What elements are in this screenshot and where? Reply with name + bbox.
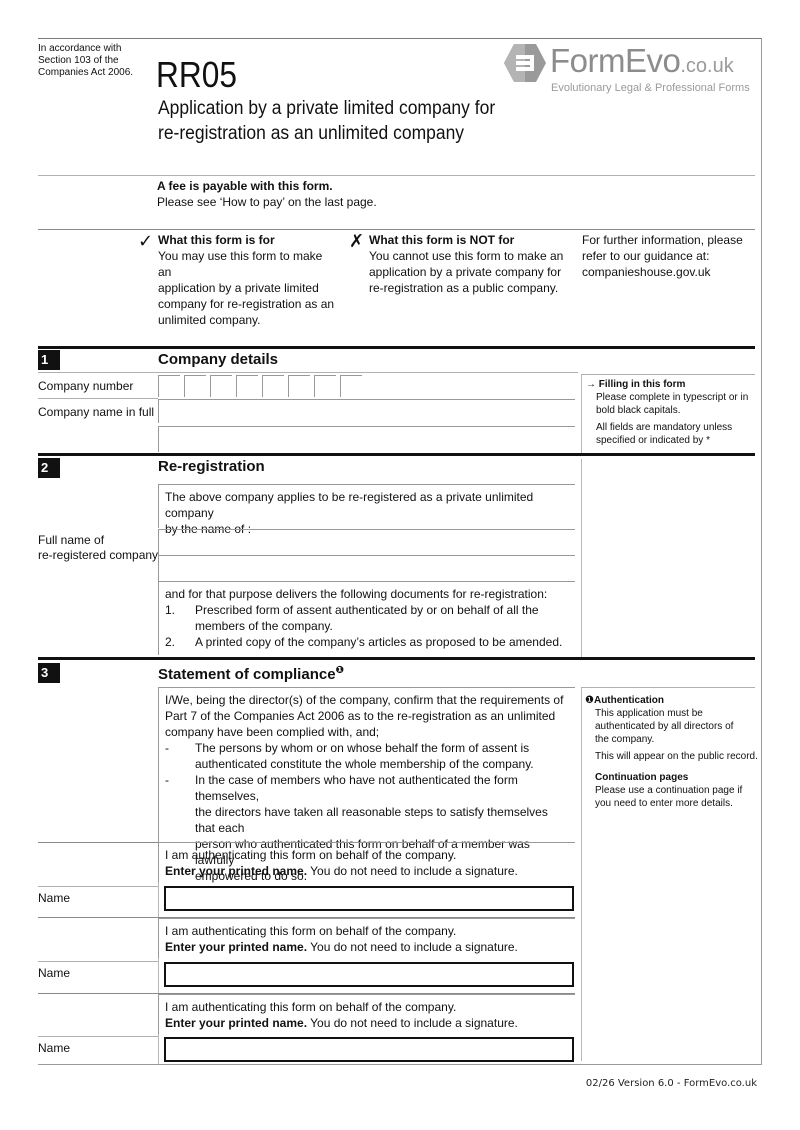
note-line: authenticated by all directors of [585,720,759,733]
divider [158,1034,159,1064]
text-line: application by a private company for [369,264,569,280]
company-number-digit[interactable] [210,375,232,397]
text-line: application by a private limited [158,280,338,296]
bold-text: Enter your printed name. [165,940,307,954]
divider [581,687,755,688]
fee-text: Please see ‘How to pay’ on the last page… [157,194,377,210]
new-name-input-line1[interactable] [158,529,575,555]
section-title: Re-registration [158,457,265,477]
form-not-for-heading: What this form is NOT for [369,232,569,248]
director-name-input[interactable] [164,962,574,987]
new-name-input-line2[interactable] [158,555,575,581]
company-number-digit[interactable] [184,375,206,397]
note-line: This application must be [585,707,759,720]
divider [38,372,578,373]
text-line: Prescribed form of assent authenticated … [195,603,539,617]
bold-text: Enter your printed name. [165,1016,307,1030]
note-line: the company. [585,733,759,746]
full-name-label: Full name of re-registered company [38,533,158,563]
company-number-digit[interactable] [262,375,284,397]
note-line: All fields are mandatory unless [586,421,756,434]
bold-text: Enter your printed name. [165,864,307,878]
section-title-text: Statement of compliance [158,666,336,683]
text-line: unlimited company. [158,312,338,328]
text-line: I am authenticating this form on behalf … [165,923,569,939]
text-line: You cannot use this form to make an [369,248,569,264]
section-divider [38,657,755,660]
text-line: You do not need to include a signature. [307,1016,518,1030]
text-line: A printed copy of the company’s articles… [195,634,562,650]
director-name-input[interactable] [164,886,574,911]
note-1-icon: ❶ [336,665,344,676]
company-number-digit[interactable] [340,375,362,397]
name-label: Name [38,891,70,906]
divider [38,1036,158,1037]
text-line: I/We, being the director(s) of the compa… [165,692,569,708]
section-number: 1 [38,350,60,370]
company-number-digit[interactable] [236,375,258,397]
logo-domain: .co.uk [680,55,733,77]
company-name-input-line2[interactable] [158,426,575,452]
note-heading: Continuation pages [585,771,759,784]
label-line: Full name of [38,533,158,548]
note-heading: Authentication [594,695,664,706]
text-line: members of the company. [195,619,333,633]
text-line: the directors have taken all reasonable … [195,805,548,835]
auth-statement: I am authenticating this form on behalf … [158,918,575,958]
list-marker: 1. [165,602,195,634]
guidance-link[interactable]: companieshouse.gov.uk [582,264,757,280]
note-line: specified or indicated by * [586,434,756,447]
formevo-hexagon-icon [503,43,547,83]
item-text: The persons by whom or on whose behalf t… [195,740,534,772]
company-name-input-line1[interactable] [158,399,575,423]
page-title: Application by a private limited company… [158,96,495,146]
fee-heading: A fee is payable with this form. [157,178,377,194]
note-line: This will appear on the public record. [585,750,759,763]
note-1-icon: ❶ [585,695,594,706]
divider [38,398,158,399]
text-line: refer to our guidance at: [582,248,757,264]
legal-note-line: Companies Act 2006. [38,67,138,79]
form-is-for-heading: What this form is for [158,232,338,248]
section-divider [38,346,755,349]
company-number-digit[interactable] [288,375,310,397]
text-line: authenticated constitute the whole membe… [195,757,534,771]
company-number-label: Company number [38,379,133,394]
sidenote-border [581,374,582,454]
checkmark-icon: ✓ [138,232,153,250]
text-line: I am authenticating this form on behalf … [165,999,569,1015]
text-line: You do not need to include a signature. [307,864,518,878]
director-name-input[interactable] [164,1037,574,1062]
company-number-digit[interactable] [314,375,336,397]
divider [38,961,158,962]
cross-icon: ✗ [349,232,364,250]
legal-note: In accordance with Section 103 of the Co… [38,43,138,79]
name-label: Name [38,966,70,981]
divider [38,886,158,887]
documents-list: and for that purpose delivers the follow… [158,581,575,655]
divider [581,374,755,375]
text-line: company for re-registration as an [158,296,338,312]
text-line: For further information, please [582,232,757,248]
divider [38,229,755,230]
logo-wordmark: FormEvo.co.uk [550,44,734,78]
logo-brand: FormEvo [550,42,680,79]
text-line: You do not need to include a signature. [307,940,518,954]
auth-statement: I am authenticating this form on behalf … [158,842,575,882]
reregistration-intro: The above company applies to be re-regis… [158,484,575,528]
section-number: 3 [38,663,60,683]
item-text: Prescribed form of assent authenticated … [195,602,539,634]
title-line: Application by a private limited company… [158,96,495,121]
name-label: Name [38,1041,70,1056]
sidenote-border [581,687,582,1061]
section-title: Company details [158,350,278,370]
text-line: You may use this form to make an [158,248,338,280]
fee-notice: A fee is payable with this form. Please … [157,178,377,210]
text-line: I am authenticating this form on behalf … [165,847,569,863]
authentication-note: ❶Authentication This application must be… [585,694,759,810]
label-line: re-registered company [38,548,158,563]
sidenote-border [581,459,582,657]
section-divider [38,453,755,456]
logo-tagline: Evolutionary Legal & Professional Forms [551,82,750,95]
section-number: 2 [38,458,60,478]
company-name-label: Company name in full [38,405,154,420]
text-line: and for that purpose delivers the follow… [165,586,569,602]
company-number-digit[interactable] [158,375,180,397]
filling-in-note: → Filling in this form Please complete i… [586,378,756,447]
note-line: Please use a continuation page if [585,784,759,797]
form-code: RR05 [156,56,237,94]
list-marker: 2. [165,634,195,650]
section-title: Statement of compliance❶ [158,661,344,685]
divider [158,958,159,993]
form-is-for: What this form is for You may use this f… [158,232,338,328]
compliance-bullet: - The persons by whom or on whose behalf… [165,740,569,772]
text-line: company have been complied with, and; [165,724,569,740]
note-line: you need to enter more details. [585,797,759,810]
note-line: Please complete in typescript or in [586,391,756,404]
legal-note-line: Section 103 of the [38,55,138,67]
text-line: The persons by whom or on whose behalf t… [195,741,529,755]
text-line: Part 7 of the Companies Act 2006 as to t… [165,708,569,724]
auth-statement: I am authenticating this form on behalf … [158,994,575,1034]
further-info: For further information, please refer to… [582,232,757,280]
form-not-for: What this form is NOT for You cannot use… [369,232,569,296]
text-line: In the case of members who have not auth… [195,773,518,803]
text-line: re-registration as a public company. [369,280,569,296]
note-line: bold black capitals. [586,404,756,417]
divider [38,842,158,843]
legal-note-line: In accordance with [38,43,138,55]
compliance-statement: I/We, being the director(s) of the compa… [158,687,575,842]
divider [38,175,755,176]
text-line: The above company applies to be re-regis… [165,489,569,521]
divider [158,882,159,917]
arrow-right-icon: → [586,379,596,390]
document-item: 1. Prescribed form of assent authenticat… [165,602,569,634]
list-marker: - [165,740,195,772]
footer-version: 02/26 Version 6.0 - FormEvo.co.uk [586,1078,757,1089]
document-item: 2. A printed copy of the company’s artic… [165,634,569,650]
title-line: re-registration as an unlimited company [158,121,495,146]
note-heading: Filling in this form [599,379,686,390]
